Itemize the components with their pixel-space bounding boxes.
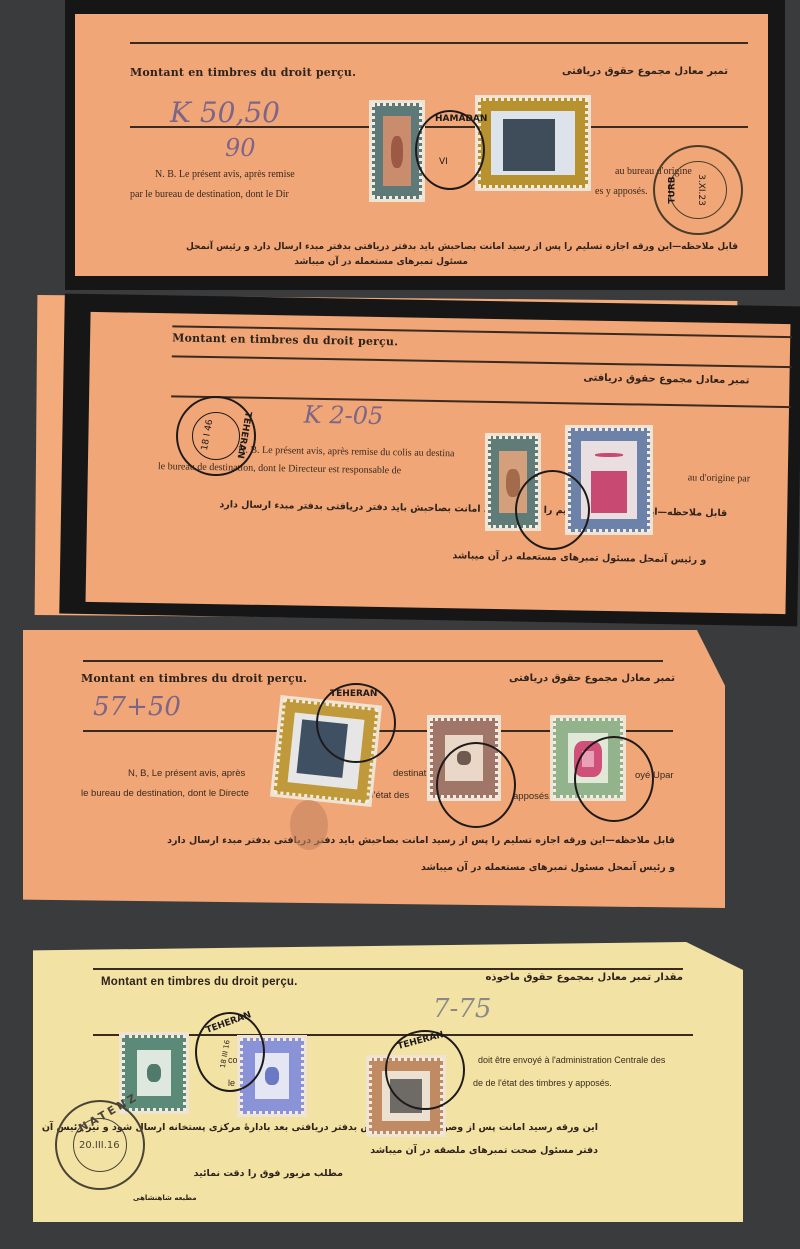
note-line-2-right: au d'origine par bbox=[688, 472, 751, 484]
form-rule bbox=[171, 395, 791, 408]
persian-line-1: قابل ملاحظه—این ورقه اجازه تسلیم را پس ا… bbox=[167, 835, 675, 846]
postmark-teheran: TEHERAN 18 III 16 bbox=[195, 1012, 265, 1092]
postmark-partial bbox=[515, 470, 590, 550]
postmark-natenz: NATENZ 20.III.16 bbox=[55, 1100, 145, 1190]
heading-french: Montant en timbres du droit perçu. bbox=[130, 66, 356, 79]
form-rule bbox=[83, 660, 663, 662]
form-rule bbox=[172, 355, 792, 368]
persian-line-3: مطلب مزبور فوق را دقت نمائید bbox=[194, 1168, 343, 1179]
heading-french: Montant en timbres du droit perçu. bbox=[172, 331, 398, 348]
note-line-1: N. B. Le présent avis, après remise du c… bbox=[238, 445, 454, 460]
note-line-2-right: es y apposés. bbox=[595, 186, 648, 197]
postmark-turb: TURB 3.XI.23 bbox=[653, 145, 743, 235]
note-line-2: par le bureau de destination, dont le Di… bbox=[130, 189, 289, 200]
stain bbox=[290, 800, 328, 850]
heading-persian: مقدار تمبر معادل بمجموع حقوق ماخوذه bbox=[486, 972, 683, 983]
persian-line-1: قابل ملاحظه—این ورقه اجازه تسلیم را پس ا… bbox=[186, 242, 738, 252]
handwritten-note: 90 bbox=[225, 134, 256, 162]
heading-persian: تمبر معادل مجموع حقوق دریافتی bbox=[509, 673, 675, 684]
persian-line-1: قابل ملاحظه—این ورقه اجازه تسلیم را پس ا… bbox=[219, 499, 727, 519]
note-line-2-right: de de l'état des timbres y apposés. bbox=[473, 1078, 612, 1088]
heading-french: Montant en timbres du droit perçu. bbox=[81, 672, 307, 685]
postmark-hamadan: HAMADAN VI bbox=[415, 110, 485, 190]
printer-imprint: مطبعه شاهنشاهی bbox=[133, 1194, 197, 1202]
handwritten-amount: K 50,50 bbox=[170, 96, 280, 129]
note-line-2: le bureau de destination, dont le Direct… bbox=[81, 788, 249, 799]
heading-persian: تمبر معادل مجموع حقوق دریافتی bbox=[562, 66, 728, 77]
form-rule bbox=[93, 968, 683, 970]
form-rule bbox=[130, 42, 748, 44]
heading-persian: تمبر معادل مجموع حقوق دریافتی bbox=[583, 373, 749, 387]
persian-line-2: مسئول تمبرهای مستعمله در آن میباشد bbox=[294, 257, 468, 267]
postmark-teheran: TEHERAN bbox=[316, 683, 396, 763]
stamp-blue-ochre-monument bbox=[478, 98, 588, 188]
note-line-1: N, B, Le présent avis, après bbox=[128, 768, 245, 779]
persian-line-2: و رئیس آنمحل مسئول تمبرهای مستعمله در آن… bbox=[452, 550, 706, 565]
persian-line-2: دفتر مسئول صحت تمبرهای ملصقه در آن میباش… bbox=[370, 1145, 598, 1156]
handwritten-amount: 57+50 bbox=[93, 692, 181, 722]
note-line-1-right: doit être envoyé à l'administration Cent… bbox=[478, 1055, 665, 1065]
handwritten-amount: 7-75 bbox=[433, 994, 491, 1024]
postmark-teheran: TEHERAN bbox=[385, 1030, 465, 1110]
heading-french: Montant en timbres du droit perçu. bbox=[101, 976, 298, 988]
persian-line-2: و رئیس آنمحل مسئول تمبرهای مستعمله در آن… bbox=[421, 862, 675, 873]
postmark-teheran bbox=[436, 742, 516, 828]
postmark-teheran: TEHERAN 18 I 46 bbox=[176, 396, 256, 476]
note-line-1: N. B. Le présent avis, après remise bbox=[155, 169, 295, 180]
postmark-teheran bbox=[574, 736, 654, 822]
note-line-2-right: apposés. bbox=[513, 791, 552, 802]
note-line-1-mid: destinat bbox=[393, 768, 426, 779]
handwritten-amount: K 2-05 bbox=[304, 401, 384, 430]
